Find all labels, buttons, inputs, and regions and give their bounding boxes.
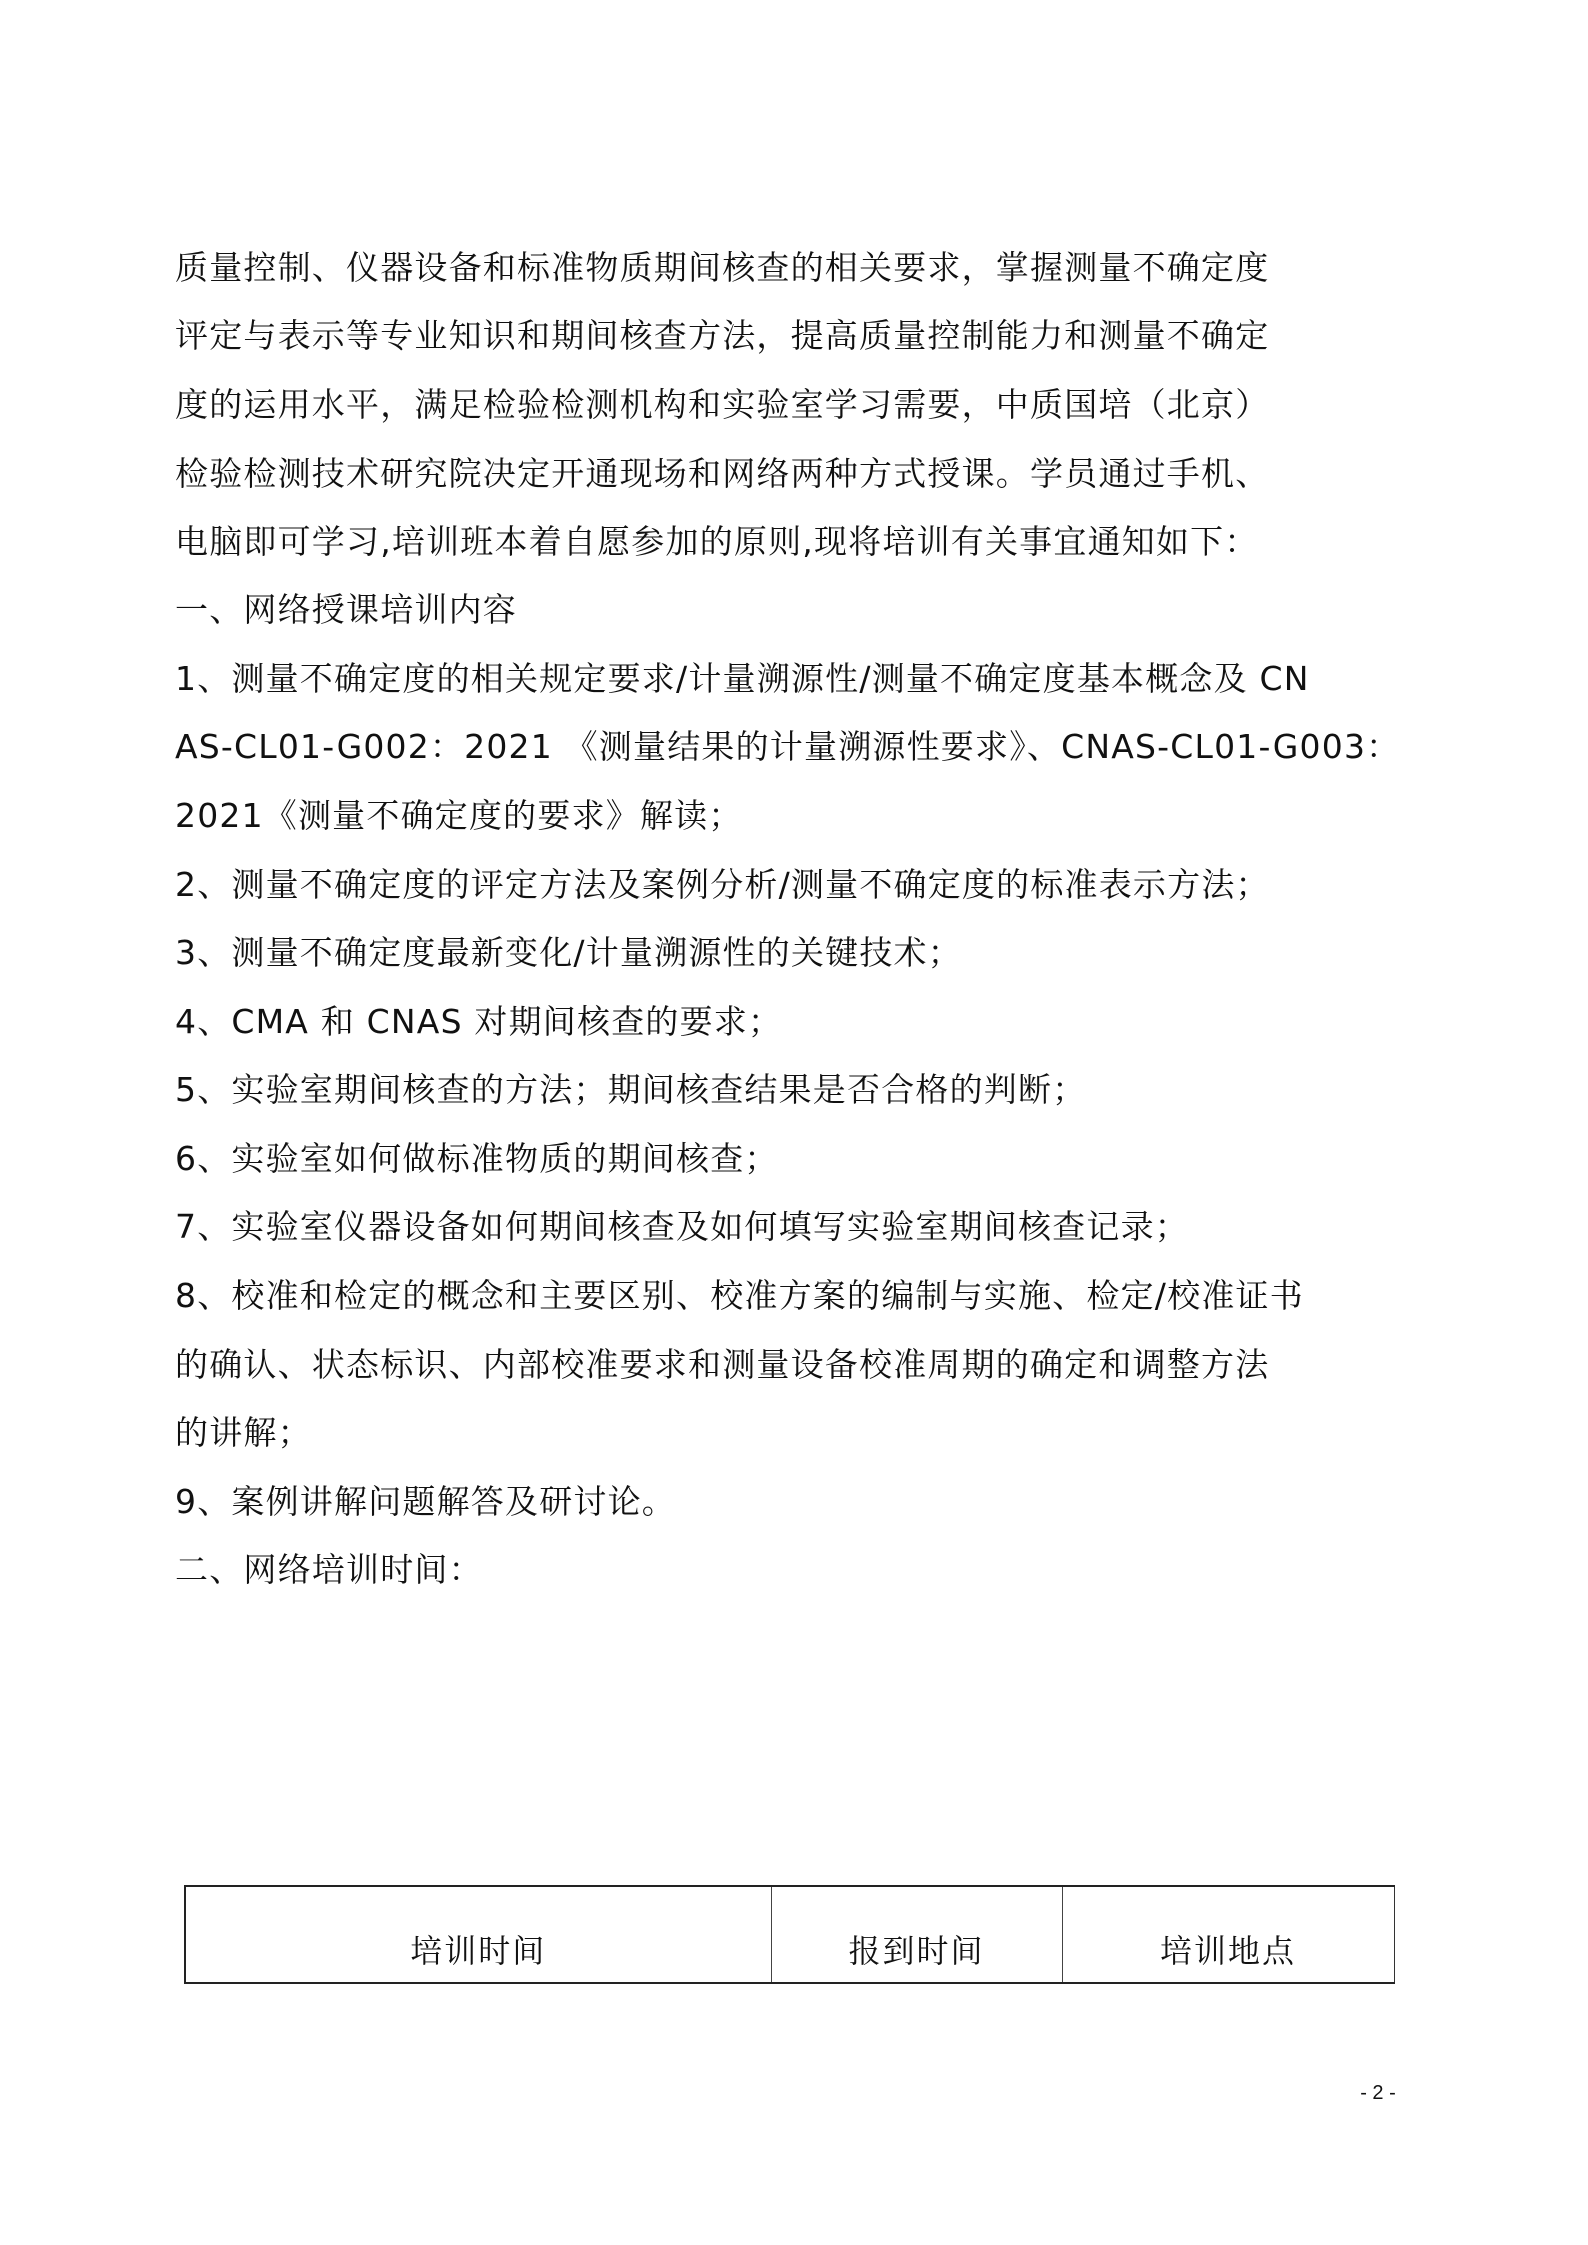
table-header-training-location: 培训地点 [1062, 1886, 1394, 1983]
section-heading-course-content: 一、网络授课培训内容 [175, 590, 1415, 630]
intro-line: 电脑即可学习,培训班本着自愿参加的原则,现将培训有关事宜通知如下： [175, 522, 1415, 562]
intro-line: 质量控制、仪器设备和标准物质期间核查的相关要求，掌握测量不确定度 [175, 248, 1415, 288]
table-header-registration-time: 报到时间 [771, 1886, 1062, 1983]
course-item-4: 4、CMA 和 CNAS 对期间核查的要求； [175, 1002, 1415, 1042]
intro-line: 度的运用水平，满足检验检测机构和实验室学习需要，中质国培（北京） [175, 385, 1415, 425]
schedule-table: 培训时间 报到时间 培训地点 [184, 1885, 1393, 1984]
course-item-1-cont: AS-CL01-G002：2021 《测量结果的计量溯源性要求》、CNAS-CL… [175, 727, 1415, 767]
course-item-9: 9、案例讲解问题解答及研讨论。 [175, 1482, 1415, 1522]
course-item-8-cont: 的讲解； [175, 1413, 1415, 1453]
table-header-training-time: 培训时间 [185, 1886, 771, 1983]
table-header-row: 培训时间 报到时间 培训地点 [185, 1886, 1394, 1983]
course-item-1: 1、测量不确定度的相关规定要求/计量溯源性/测量不确定度基本概念及 CN [175, 659, 1415, 699]
course-item-2: 2、测量不确定度的评定方法及案例分析/测量不确定度的标准表示方法； [175, 865, 1415, 905]
course-item-7: 7、实验室仪器设备如何期间核查及如何填写实验室期间核查记录； [175, 1207, 1415, 1247]
course-item-8: 8、校准和检定的概念和主要区别、校准方案的编制与实施、检定/校准证书 [175, 1276, 1415, 1316]
intro-line: 评定与表示等专业知识和期间核查方法，提高质量控制能力和测量不确定 [175, 316, 1415, 356]
intro-line: 检验检测技术研究院决定开通现场和网络两种方式授课。学员通过手机、 [175, 454, 1415, 494]
course-item-8-cont: 的确认、状态标识、内部校准要求和测量设备校准周期的确定和调整方法 [175, 1345, 1415, 1385]
page-number: - 2 - [1348, 2080, 1408, 2106]
section-heading-training-time: 二、网络培训时间： [175, 1550, 1415, 1590]
course-item-1-cont: 2021《测量不确定度的要求》解读； [175, 796, 1415, 836]
document-page: 质量控制、仪器设备和标准物质期间核查的相关要求，掌握测量不确定度 评定与表示等专… [0, 0, 1588, 2245]
course-item-5: 5、实验室期间核查的方法；期间核查结果是否合格的判断； [175, 1070, 1415, 1110]
course-item-3: 3、测量不确定度最新变化/计量溯源性的关键技术； [175, 933, 1415, 973]
course-item-6: 6、实验室如何做标准物质的期间核查； [175, 1139, 1415, 1179]
